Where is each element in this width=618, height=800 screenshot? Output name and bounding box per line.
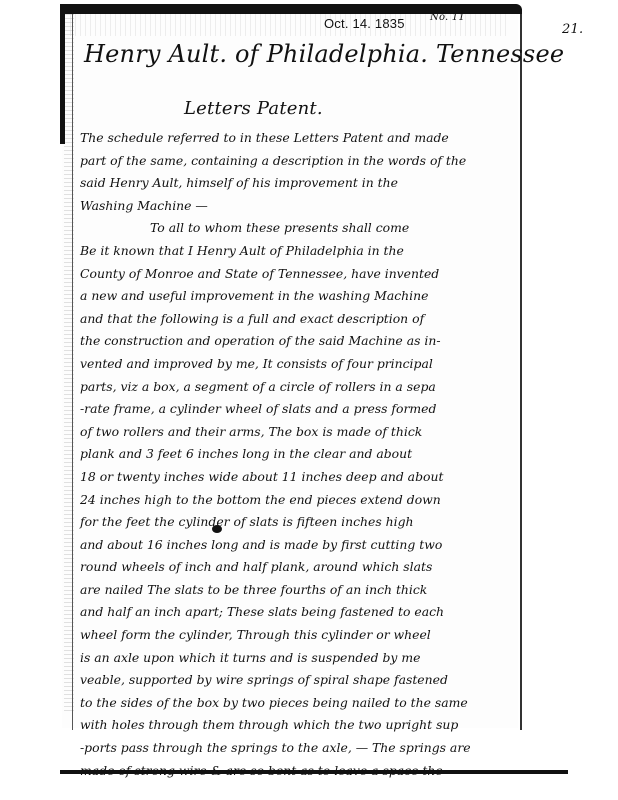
text-line: The schedule referred to in these Letter… xyxy=(80,127,520,150)
text-line: round wheels of inch and half plank, aro… xyxy=(80,556,520,579)
document-date: Oct. 14. 1835 xyxy=(324,16,405,31)
date-annotation: No. 11 xyxy=(430,12,465,23)
text-line: with holes through them through which th… xyxy=(80,714,520,737)
text-line: a new and useful improvement in the wash… xyxy=(80,285,520,308)
text-line: -ports pass through the springs to the a… xyxy=(80,737,520,760)
text-line: 18 or twenty inches wide about 11 inches… xyxy=(80,466,520,489)
page-left-margin-line xyxy=(72,14,73,730)
ink-blot xyxy=(212,525,222,533)
text-line: vented and improved by me, It consists o… xyxy=(80,353,520,376)
text-line: said Henry Ault, himself of his improvem… xyxy=(80,172,520,195)
page-right-border xyxy=(520,14,522,730)
text-line: and about 16 inches long and is made by … xyxy=(80,534,520,557)
text-line: To all to whom these presents shall come xyxy=(80,217,520,240)
text-line: for the feet the cylinder of slats is fi… xyxy=(80,511,520,534)
text-line: and that the following is a full and exa… xyxy=(80,308,520,331)
text-line: -rate frame, a cylinder wheel of slats a… xyxy=(80,398,520,421)
text-line: the construction and operation of the sa… xyxy=(80,330,520,353)
text-line: part of the same, containing a descripti… xyxy=(80,150,520,173)
page-binding-edge xyxy=(60,4,65,144)
document-body: The schedule referred to in these Letter… xyxy=(80,127,520,782)
text-line: Washing Machine — xyxy=(80,195,520,218)
text-line: plank and 3 feet 6 inches long in the cl… xyxy=(80,443,520,466)
folio-number: 21. xyxy=(562,22,583,37)
text-line: are nailed The slats to be three fourths… xyxy=(80,579,520,602)
document-title: Henry Ault. of Philadelphia. Tennessee xyxy=(84,40,564,68)
text-line: parts, viz a box, a segment of a circle … xyxy=(80,376,520,399)
text-line: wheel form the cylinder, Through this cy… xyxy=(80,624,520,647)
text-line: to the sides of the box by two pieces be… xyxy=(80,692,520,715)
text-line: County of Monroe and State of Tennessee,… xyxy=(80,263,520,286)
text-line: of two rollers and their arms, The box i… xyxy=(80,421,520,444)
text-line: and half an inch apart; These slats bein… xyxy=(80,601,520,624)
text-line: Be it known that I Henry Ault of Philade… xyxy=(80,240,520,263)
text-line: 24 inches high to the bottom the end pie… xyxy=(80,489,520,512)
text-line: is an axle upon which it turns and is su… xyxy=(80,647,520,670)
text-line: veable, supported by wire springs of spi… xyxy=(80,669,520,692)
document-subtitle: Letters Patent. xyxy=(184,98,323,119)
bottom-rule xyxy=(60,770,568,774)
